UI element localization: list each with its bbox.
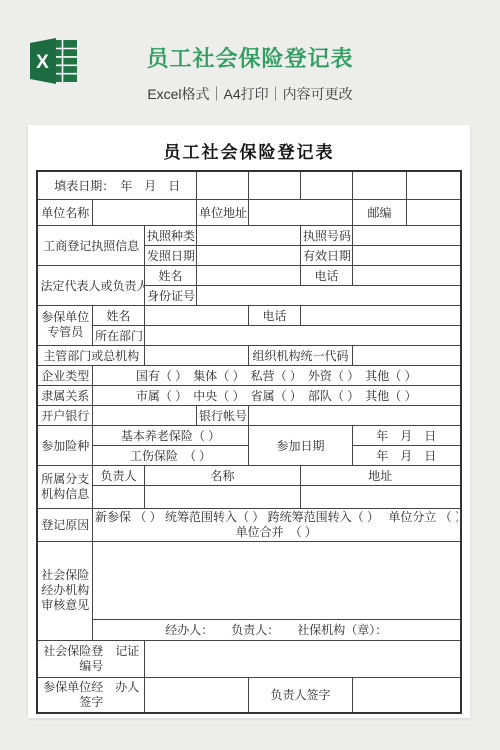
phone-value-cell <box>353 265 461 285</box>
license-info-label: 工商登记执照信息 <box>37 225 144 265</box>
manager-sign-label: 负责人签字 <box>249 677 353 713</box>
phone-label: 电话 <box>301 265 353 285</box>
reg-reason-options: 新参保 （ ） 统筹范围转入（ ） 跨统筹范围转入（ ） 单位分立 （ ） 单位… <box>92 508 460 541</box>
name-value-cell <box>144 305 248 325</box>
phone-value-cell <box>301 305 461 325</box>
id-no-value-cell <box>197 285 461 305</box>
license-type-label: 执照种类 <box>144 225 196 245</box>
phone-label: 电话 <box>249 305 301 325</box>
affiliation-options: 市属（ ） 中央（ ） 省属（ ） 部队（ ） 其他（ ） <box>92 385 460 405</box>
row-bank: 开户银行 银行帐号 <box>37 405 460 425</box>
row-supervisor-org: 主管部门或总机构 组织机构统一代码 <box>37 345 460 365</box>
cert-no-label: 社会保险登 记证 编号 <box>37 640 144 677</box>
enterprise-type-options: 国有（ ） 集体（ ） 私营（ ） 外资（ ） 其他（ ） <box>92 365 460 385</box>
join-date-ymd-cell: 年 月 日 <box>353 445 461 465</box>
unit-sign-label: 参保单位经 办人 签字 <box>37 677 144 713</box>
issue-date-label: 发照日期 <box>144 245 196 265</box>
row-branch-values <box>37 485 460 508</box>
row-audit-signs: 经办人： 负责人： 社保机构（章）： <box>37 619 460 640</box>
department-label: 所在部门 <box>92 325 144 345</box>
name-label: 姓名 <box>144 265 196 285</box>
department-value-cell <box>144 325 460 345</box>
blank-cell <box>197 171 249 199</box>
unit-address-value-cell <box>249 199 353 225</box>
row-signatures: 参保单位经 办人 签字 负责人签字 <box>37 677 460 713</box>
bank-account-label: 银行帐号 <box>197 405 249 425</box>
supervisor-org-value-cell <box>144 345 248 365</box>
unit-name-label: 单位名称 <box>37 199 92 225</box>
page-header: X 员工社会保险登记表 Excel格式｜A4打印｜内容可更改 <box>0 0 500 125</box>
row-affiliation: 隶属关系 市属（ ） 中央（ ） 省属（ ） 部队（ ） 其他（ ） <box>37 385 460 405</box>
row-reg-reason: 登记原因 新参保 （ ） 统筹范围转入（ ） 跨统筹范围转入（ ） 单位分立 （… <box>37 508 460 541</box>
manager-sign-value-cell <box>353 677 461 713</box>
row-enterprise-type: 企业类型 国有（ ） 集体（ ） 私营（ ） 外资（ ） 其他（ ） <box>37 365 460 385</box>
license-type-value-cell <box>197 225 301 245</box>
row-audit-opinion: 社会保险 经办机构 审核意见 <box>37 541 460 619</box>
bank-account-value-cell <box>249 405 461 425</box>
unit-address-label: 单位地址 <box>197 199 249 225</box>
audit-opinion-value-cell <box>92 541 460 619</box>
row-fill-date: 填表日期： 年 月 日 <box>37 171 460 199</box>
join-date-ymd-cell: 年 月 日 <box>353 425 461 445</box>
org-code-label: 组织机构统一代码 <box>249 345 353 365</box>
license-no-label: 执照号码 <box>301 225 353 245</box>
reg-reason-label: 登记原因 <box>37 508 92 541</box>
page-subtitle: Excel格式｜A4打印｜内容可更改 <box>0 84 500 104</box>
enterprise-type-label: 企业类型 <box>37 365 92 385</box>
blank-cell <box>249 171 301 199</box>
license-no-value-cell <box>353 225 461 245</box>
valid-date-value-cell <box>353 245 461 265</box>
unit-sign-value-cell <box>144 677 248 713</box>
injury-option: 工伤保险 （ ） <box>92 445 248 465</box>
audit-signs-label: 经办人： 负责人： 社保机构（章）： <box>92 619 460 640</box>
row-department: 所在部门 <box>37 325 460 345</box>
branch-name-label: 名称 <box>144 465 300 485</box>
postcode-value-cell <box>407 199 461 225</box>
issue-date-value-cell <box>197 245 301 265</box>
row-unit-name: 单位名称 单位地址 邮编 <box>37 199 460 225</box>
legal-rep-label: 法定代表人或负责人 <box>37 265 144 305</box>
branch-address-value-cell <box>301 485 461 508</box>
blank-cell <box>407 171 461 199</box>
excel-icon: X <box>29 37 79 85</box>
admin-label: 参保单位 专管员 <box>37 305 92 345</box>
bank-value-cell <box>92 405 196 425</box>
branch-address-label: 地址 <box>301 465 461 485</box>
form-title: 员工社会保险登记表 <box>28 125 470 163</box>
org-code-value-cell <box>353 345 461 365</box>
name-label: 姓名 <box>92 305 144 325</box>
registration-form-table: 填表日期： 年 月 日 单位名称 单位地址 邮编 工商登记执照信息 执照种类 执… <box>36 170 461 714</box>
audit-opinion-label: 社会保险 经办机构 审核意见 <box>37 541 92 640</box>
branch-manager-value-cell <box>92 485 144 508</box>
blank-cell <box>301 171 353 199</box>
id-no-label: 身份证号 <box>144 285 196 305</box>
row-cert-no: 社会保险登 记证 编号 <box>37 640 460 677</box>
row-license-type: 工商登记执照信息 执照种类 执照号码 <box>37 225 460 245</box>
fill-date-label: 填表日期： 年 月 日 <box>37 171 196 199</box>
row-admin-name: 参保单位 专管员 姓名 电话 <box>37 305 460 325</box>
row-pension: 参加险种 基本养老保险（ ） 参加日期 年 月 日 <box>37 425 460 445</box>
valid-date-label: 有效日期 <box>301 245 353 265</box>
blank-cell <box>353 171 407 199</box>
form-sheet: 员工社会保险登记表 填表日期： 年 月 日 单位名称 单位地址 邮编 工商登记执… <box>28 125 470 718</box>
supervisor-org-label: 主管部门或总机构 <box>37 345 144 365</box>
cert-no-value-cell <box>144 640 460 677</box>
excel-icon-letter: X <box>36 52 49 73</box>
affiliation-label: 隶属关系 <box>37 385 92 405</box>
name-value-cell <box>197 265 301 285</box>
branch-name-value-cell <box>144 485 300 508</box>
join-date-label: 参加日期 <box>249 425 353 465</box>
pension-option: 基本养老保险（ ） <box>92 425 248 445</box>
branch-manager-label: 负责人 <box>92 465 144 485</box>
postcode-label: 邮编 <box>353 199 407 225</box>
row-legal-rep-name: 法定代表人或负责人 姓名 电话 <box>37 265 460 285</box>
branch-info-label: 所属分支 机构信息 <box>37 465 92 508</box>
bank-label: 开户银行 <box>37 405 92 425</box>
insurance-types-label: 参加险种 <box>37 425 92 465</box>
row-branch-header: 所属分支 机构信息 负责人 名称 地址 <box>37 465 460 485</box>
unit-name-value-cell <box>92 199 196 225</box>
